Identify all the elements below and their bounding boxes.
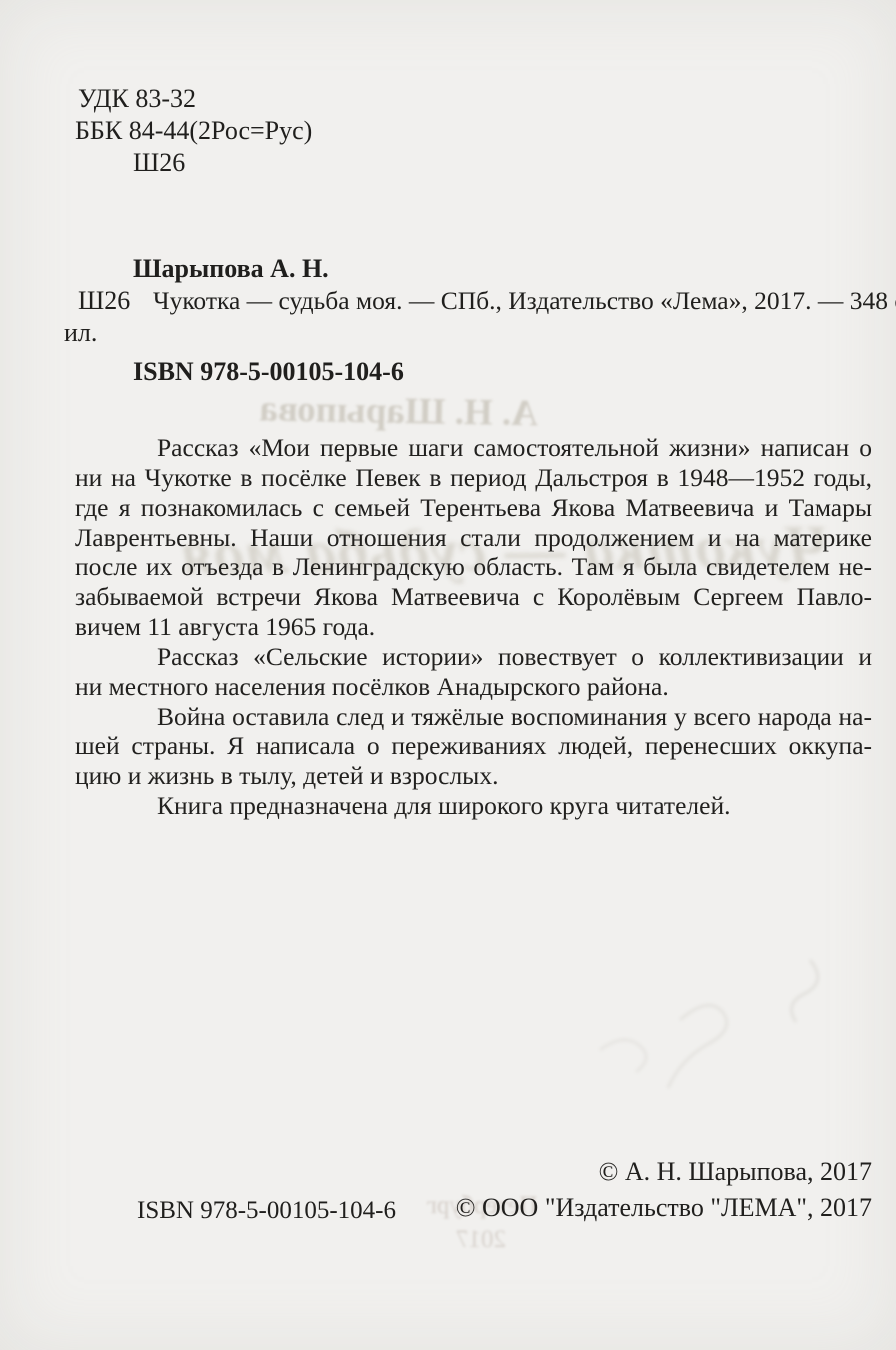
catalog-author: Шарыпова А. Н. [133, 254, 329, 284]
annotation-line: Рассказ «Сельские истории» повествует о … [75, 642, 872, 672]
annotation-line: ни на Чукотке в посёлке Певек в период Д… [75, 463, 872, 493]
isbn-statement: ISBN 978-5-00105-104-6 [133, 357, 404, 387]
annotation-line: Война оставила след и тяжёлые воспоминан… [75, 702, 872, 732]
book-imprint-page: А. Н. Шарыпова Чукотка — судьба моя Пете… [0, 0, 896, 1350]
show-through-author-ghost: А. Н. Шарыпова [268, 388, 539, 436]
catalog-entry-line: Ш26 Чукотка — судьба моя. — СПб., Издате… [78, 286, 872, 316]
annotation-line: цию и жизнь в тылу, детей и взрослых. [75, 761, 872, 791]
annotation-line: Лаврентьевны. Наши отношения стали продо… [75, 523, 872, 553]
annotation-line: вичем 11 августа 1965 года. [75, 612, 872, 642]
copyright-publisher: © ООО "Издательство "ЛЕМА", 2017 [456, 1193, 872, 1223]
bbk-number: ББК 84-44(2Рос=Рус) [75, 116, 312, 146]
annotation-line: шей страны. Я написала о переживаниях лю… [75, 731, 872, 761]
annotation-line: Книга предназначена для широкого круга ч… [75, 791, 872, 821]
udk-number: УДК 83-32 [78, 84, 196, 114]
catalog-entry-continuation: ил. [64, 318, 97, 348]
annotation: Рассказ «Мои первые шаги самостоятельной… [75, 433, 872, 821]
copyright-author: © А. Н. Шарыпова, 2017 [599, 1157, 872, 1187]
annotation-line: Рассказ «Мои первые шаги самостоятельной… [75, 433, 872, 463]
annotation-line: после их отъезда в Ленинградскую область… [75, 552, 872, 582]
catalog-entry-description: Чукотка — судьба моя. — СПб., Издательст… [153, 286, 896, 316]
show-through-year-ghost: 2017 [436, 1226, 526, 1254]
catalog-entry-code: Ш26 [78, 286, 153, 316]
annotation-line: забываемой встречи Якова Матвеевича с Ко… [75, 582, 872, 612]
handwriting-ghost [560, 930, 880, 1130]
author-sign: Ш26 [133, 148, 185, 178]
isbn-bottom: ISBN 978-5-00105-104-6 [137, 1196, 396, 1226]
annotation-line: ни местного населения посёлков Анадырско… [75, 672, 872, 702]
annotation-line: где я познакомилась с семьей Терентьева … [75, 493, 872, 523]
